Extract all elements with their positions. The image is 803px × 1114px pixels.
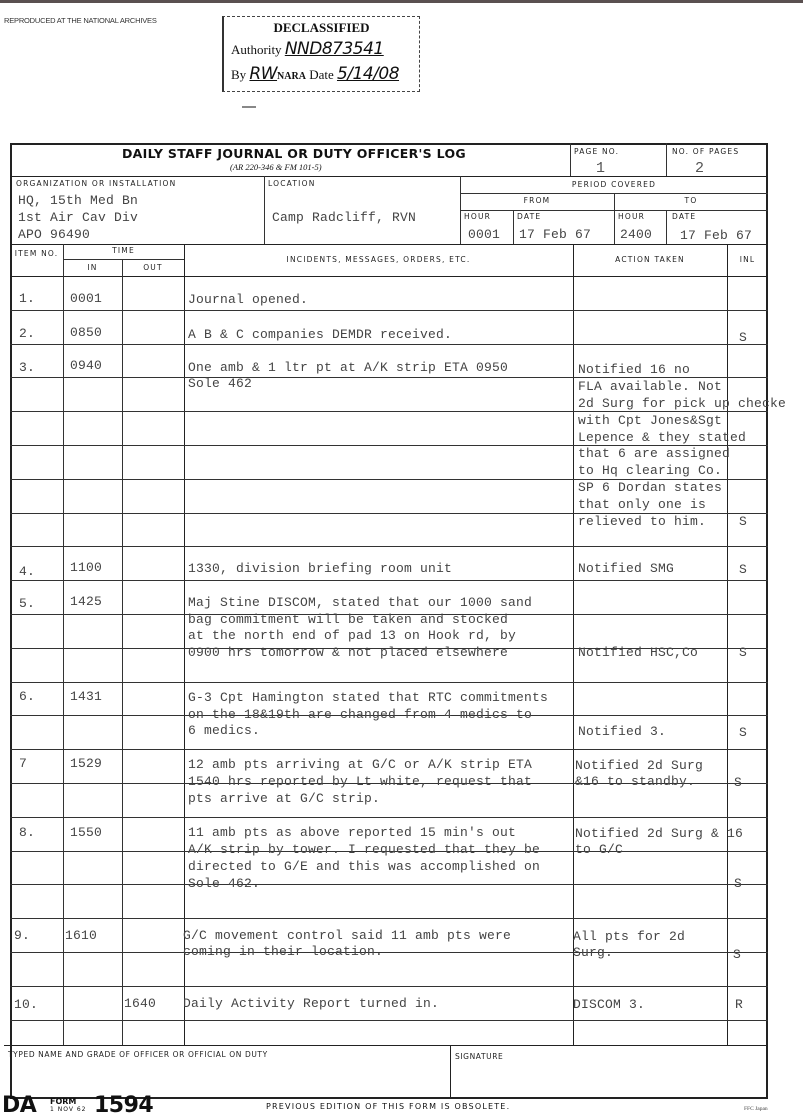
entry-9-incident-1: G/C movement control said 11 amb pts wer…	[183, 928, 511, 943]
rule	[4, 1045, 768, 1046]
obsolete-note: PREVIOUS EDITION OF THIS FORM IS OBSOLET…	[266, 1102, 510, 1111]
from-hour-label: HOUR	[464, 212, 491, 221]
entry-3-action-4: with Cpt Jones&Sgt	[578, 413, 722, 428]
rule	[570, 143, 571, 177]
entry-3-inl: S	[739, 514, 747, 529]
col-time: TIME	[63, 246, 184, 255]
rule	[666, 143, 667, 177]
entry-8-incident-3: directed to G/E and this was accomplishe…	[188, 859, 540, 874]
rule	[10, 952, 768, 953]
rule	[264, 176, 265, 244]
entry-4-item: 4.	[19, 564, 35, 579]
stamp-by-line: By RWNARA Date 5/14/08	[231, 64, 399, 84]
from-date-label: DATE	[517, 212, 541, 221]
entry-1-item: 1.	[19, 291, 35, 306]
stamp-by-label: By	[231, 67, 246, 82]
rule	[573, 244, 574, 1046]
rule	[10, 1020, 768, 1021]
entry-3-action-3: 2d Surg for pick up checke	[578, 396, 786, 411]
entry-2-inl: S	[739, 330, 747, 345]
to-hour-label: HOUR	[618, 212, 645, 221]
entry-5-action: Notified HSC,Co	[578, 645, 698, 660]
organization-line-3: APO 96490	[18, 227, 90, 242]
scan-top-edge	[0, 0, 803, 3]
entry-9-inl: S	[733, 947, 741, 962]
entry-6-action: Notified 3.	[578, 724, 666, 739]
printer-mark: FFC Japan	[744, 1106, 768, 1112]
entry-8-incident-4: Sole 462.	[188, 876, 260, 891]
entry-6-incident-2: on the 18&19th are changed from 4 medics…	[188, 707, 532, 722]
entry-3-item: 3.	[19, 360, 35, 375]
entry-6-incident-3: 6 medics.	[188, 723, 260, 738]
entry-4-action: Notified SMG	[578, 561, 674, 576]
rule	[10, 244, 768, 245]
page-no-value: 1	[596, 160, 605, 177]
entry-5-item: 5.	[19, 596, 35, 611]
rule	[10, 546, 768, 547]
entry-5-incident-3: at the north end of pad 13 on Hook rd, b…	[188, 628, 516, 643]
entry-10-inl: R	[735, 997, 743, 1012]
entry-8-action-1: Notified 2d Surg & 16	[575, 826, 743, 841]
entry-3-incident-1: One amb & 1 ltr pt at A/K strip ETA 0950	[188, 360, 508, 375]
entry-3-action-8: SP 6 Dordan states	[578, 480, 722, 495]
stamp-authority-line: Authority NND873541	[231, 39, 384, 59]
entry-5-incident-4: 0900 hrs tomorrow & not placed elsewhere	[188, 645, 508, 660]
no-of-pages-value: 2	[695, 160, 704, 177]
rule	[10, 411, 768, 412]
form-da: DA	[2, 1093, 36, 1114]
entry-6-incident-1: G-3 Cpt Hamington stated that RTC commit…	[188, 690, 548, 705]
entry-10-incident: Daily Activity Report turned in.	[183, 996, 439, 1011]
rule	[63, 244, 64, 1046]
to-date-label: DATE	[672, 212, 696, 221]
entry-6-in: 1431	[70, 689, 102, 704]
entry-9-action-2: Surg.	[573, 945, 613, 960]
rule	[10, 884, 768, 885]
period-covered-label: PERIOD COVERED	[460, 180, 768, 189]
from-label: FROM	[460, 196, 614, 205]
stamp-authority-label: Authority	[231, 42, 282, 57]
signature-label: SIGNATURE	[455, 1052, 503, 1061]
organization-line-1: HQ, 15th Med Bn	[18, 193, 138, 208]
stamp-by-initials: RW	[249, 64, 277, 84]
entry-4-incident: 1330, division briefing room unit	[188, 561, 452, 576]
entry-3-incident-2: Sole 462	[188, 376, 252, 391]
rule	[727, 244, 728, 1046]
entry-3-action-5: Lepence & they stated	[578, 430, 746, 445]
officer-label: TYPED NAME AND GRADE OF OFFICER OR OFFIC…	[8, 1050, 268, 1059]
declassified-stamp: DECLASSIFIED Authority NND873541 By RWNA…	[222, 16, 420, 92]
entry-8-item: 8.	[19, 825, 35, 840]
entry-8-action-2: to G/C	[575, 842, 623, 857]
to-date-value: 17 Feb 67	[680, 228, 752, 243]
rule	[666, 210, 667, 244]
rule	[63, 259, 184, 260]
entry-7-action-1: Notified 2d Surg	[575, 758, 703, 773]
location-value: Camp Radcliff, RVN	[272, 210, 416, 225]
entry-7-incident-1: 12 amb pts arriving at G/C or A/K strip …	[188, 757, 532, 772]
signature-field[interactable]	[455, 1064, 763, 1092]
rule	[184, 244, 185, 1046]
stamp-authority-value: NND873541	[285, 39, 384, 59]
stamp-date-label: Date	[309, 67, 334, 82]
entry-7-in: 1529	[70, 756, 102, 771]
entry-5-in: 1425	[70, 594, 102, 609]
entry-6-item: 6.	[19, 689, 35, 704]
col-item-no: ITEM NO.	[10, 248, 63, 259]
entry-6-inl: S	[739, 725, 747, 740]
rule	[10, 176, 768, 177]
entry-4-inl: S	[739, 562, 747, 577]
rule	[10, 310, 768, 311]
entry-7-incident-3: pts arrive at G/C strip.	[188, 791, 380, 806]
rule	[450, 1045, 451, 1097]
entry-3-action-9: that only one is	[578, 497, 706, 512]
entry-8-incident-1: 11 amb pts as above reported 15 min's ou…	[188, 825, 516, 840]
entry-10-item: 10.	[14, 997, 38, 1012]
entry-7-item: 7	[19, 756, 27, 771]
col-out: OUT	[122, 263, 184, 272]
rule	[10, 986, 768, 987]
from-hour-value: 0001	[468, 227, 500, 242]
entry-9-incident-2: coming in their location.	[183, 944, 383, 959]
entry-10-action: DISCOM 3.	[573, 997, 645, 1012]
entry-10-out: 1640	[124, 996, 156, 1011]
entry-9-item: 9.	[14, 928, 30, 943]
page-no-label: PAGE NO.	[574, 147, 619, 156]
rule	[10, 276, 768, 277]
entry-5-inl: S	[739, 645, 747, 660]
form-word: FORM	[50, 1097, 76, 1106]
rule	[10, 377, 768, 378]
to-hour-value: 2400	[620, 227, 652, 242]
organization-label: ORGANIZATION OR INSTALLATION	[16, 179, 176, 188]
officer-field[interactable]	[8, 1064, 444, 1092]
entry-8-in: 1550	[70, 825, 102, 840]
col-action: ACTION TAKEN	[573, 255, 727, 264]
entry-4-in: 1100	[70, 560, 102, 575]
entry-2-in: 0850	[70, 325, 102, 340]
entry-8-inl: S	[734, 876, 742, 891]
entry-1-in: 0001	[70, 291, 102, 306]
entry-7-action-2: &16 to standby.	[575, 774, 695, 789]
entry-5-incident-2: bag commitment will be taken and stocked	[188, 612, 508, 627]
form-number: 1594	[94, 1093, 153, 1114]
entry-3-action-1: Notified 16 no	[578, 362, 690, 377]
organization-line-2: 1st Air Cav Div	[18, 210, 138, 225]
col-in: IN	[63, 263, 122, 272]
entry-2-incident: A B & C companies DEMDR received.	[188, 327, 452, 342]
rule	[10, 580, 768, 581]
stamp-title: DECLASSIFIED	[224, 20, 419, 36]
col-incidents: INCIDENTS, MESSAGES, ORDERS, ETC.	[184, 255, 573, 264]
rule	[10, 817, 768, 818]
no-of-pages-label: NO. OF PAGES	[672, 147, 739, 156]
form-date: 1 NOV 62	[50, 1106, 86, 1113]
entry-5-incident-1: Maj Stine DISCOM, stated that our 1000 s…	[188, 595, 532, 610]
entry-3-action-6: that 6 are assigned	[578, 446, 730, 461]
entry-2-item: 2.	[19, 326, 35, 341]
stray-mark	[242, 106, 256, 108]
rule	[10, 682, 768, 683]
entry-8-incident-2: A/K strip by tower. I requested that the…	[188, 842, 540, 857]
entry-7-inl: S	[734, 775, 742, 790]
entry-3-action-10: relieved to him.	[578, 514, 706, 529]
location-label: LOCATION	[268, 179, 316, 188]
entry-7-incident-2: 1540 hrs reported by Lt white, request t…	[188, 774, 532, 789]
form-subtitle: (AR 220-346 & FM 101-5)	[230, 162, 322, 172]
col-inl: INL	[727, 255, 768, 264]
entry-9-action-1: All pts for 2d	[573, 929, 685, 944]
from-date-value: 17 Feb 67	[519, 227, 591, 242]
form-title: DAILY STAFF JOURNAL OR DUTY OFFICER'S LO…	[122, 146, 466, 161]
entry-3-action-7: to Hq clearing Co.	[578, 463, 722, 478]
rule	[10, 918, 768, 919]
stamp-date-value: 5/14/08	[337, 64, 399, 84]
stamp-nara-label: NARA	[277, 71, 306, 82]
rule	[10, 749, 768, 750]
entry-3-in: 0940	[70, 358, 102, 373]
entry-3-action-2: FLA available. Not	[578, 379, 722, 394]
reproduced-note: REPRODUCED AT THE NATIONAL ARCHIVES	[4, 16, 157, 25]
rule	[513, 210, 514, 244]
rule	[10, 344, 768, 345]
entry-9-in: 1610	[65, 928, 97, 943]
to-label: TO	[614, 196, 768, 205]
entry-1-incident: Journal opened.	[188, 292, 308, 307]
